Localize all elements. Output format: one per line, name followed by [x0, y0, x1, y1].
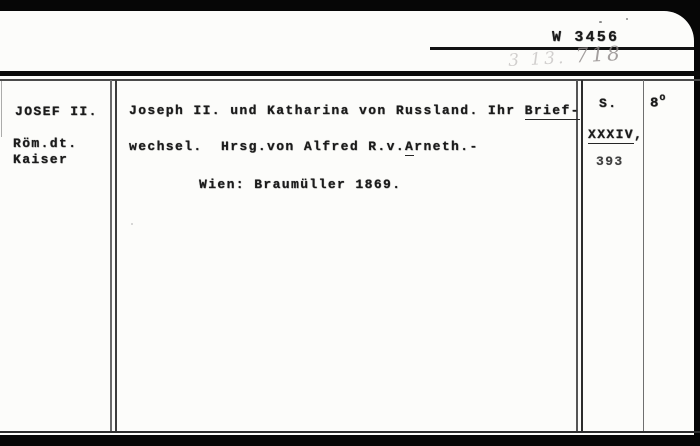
format-size-number: 8	[650, 96, 658, 112]
column-divider-right-outer	[576, 80, 578, 431]
entry-line-2-underlined: A	[405, 139, 414, 156]
heading-descriptor-1: Röm.dt.	[13, 136, 77, 151]
entry-line-2-rest: rneth.-	[414, 139, 478, 154]
reference-volume-comma: ,	[634, 127, 643, 142]
column-divider-left-outer	[110, 80, 112, 431]
scan-speck	[626, 18, 628, 20]
format-size-superscript: o	[659, 93, 665, 104]
entry-imprint: Wien: Braumüller 1869.	[199, 177, 401, 192]
column-divider-left-inner	[115, 80, 117, 431]
entry-line-2: wechsel. Hrsg.von Alfred R.v.Arneth.-	[129, 139, 479, 154]
pencil-note-faint: 3 13.	[508, 48, 567, 71]
format-size: 8o	[650, 94, 664, 112]
bottom-rule	[0, 431, 700, 433]
left-edge-sliver	[1, 81, 3, 137]
entry-line-1-text: Joseph II. und Katharina von Russland. I…	[129, 103, 525, 118]
reference-page: 393	[596, 154, 624, 169]
entry-line-2-text: wechsel. Hrsg.von Alfred R.v.	[129, 139, 405, 154]
entry-line-1-underlined: Brief-	[525, 103, 580, 120]
scan-speck	[599, 21, 602, 23]
heading-descriptor-2: Kaiser	[13, 152, 68, 167]
entry-line-1: Joseph II. und Katharina von Russland. I…	[129, 103, 580, 118]
heading-name: JOSEF II.	[15, 104, 98, 119]
reference-volume-number: XXXIV	[588, 127, 634, 144]
reference-volume: XXXIV,	[588, 127, 643, 142]
reference-abbrev: S.	[599, 96, 617, 111]
column-divider-right-inner	[581, 80, 583, 431]
horizontal-rule-thin	[0, 79, 700, 81]
pencil-note-main: 718	[566, 41, 624, 68]
scan-speck	[131, 223, 133, 225]
horizontal-rule-main	[0, 71, 700, 76]
scanned-catalog-card: W 3456 3 13. 718 JOSEF II. Röm.dt. Kaise…	[0, 0, 700, 446]
